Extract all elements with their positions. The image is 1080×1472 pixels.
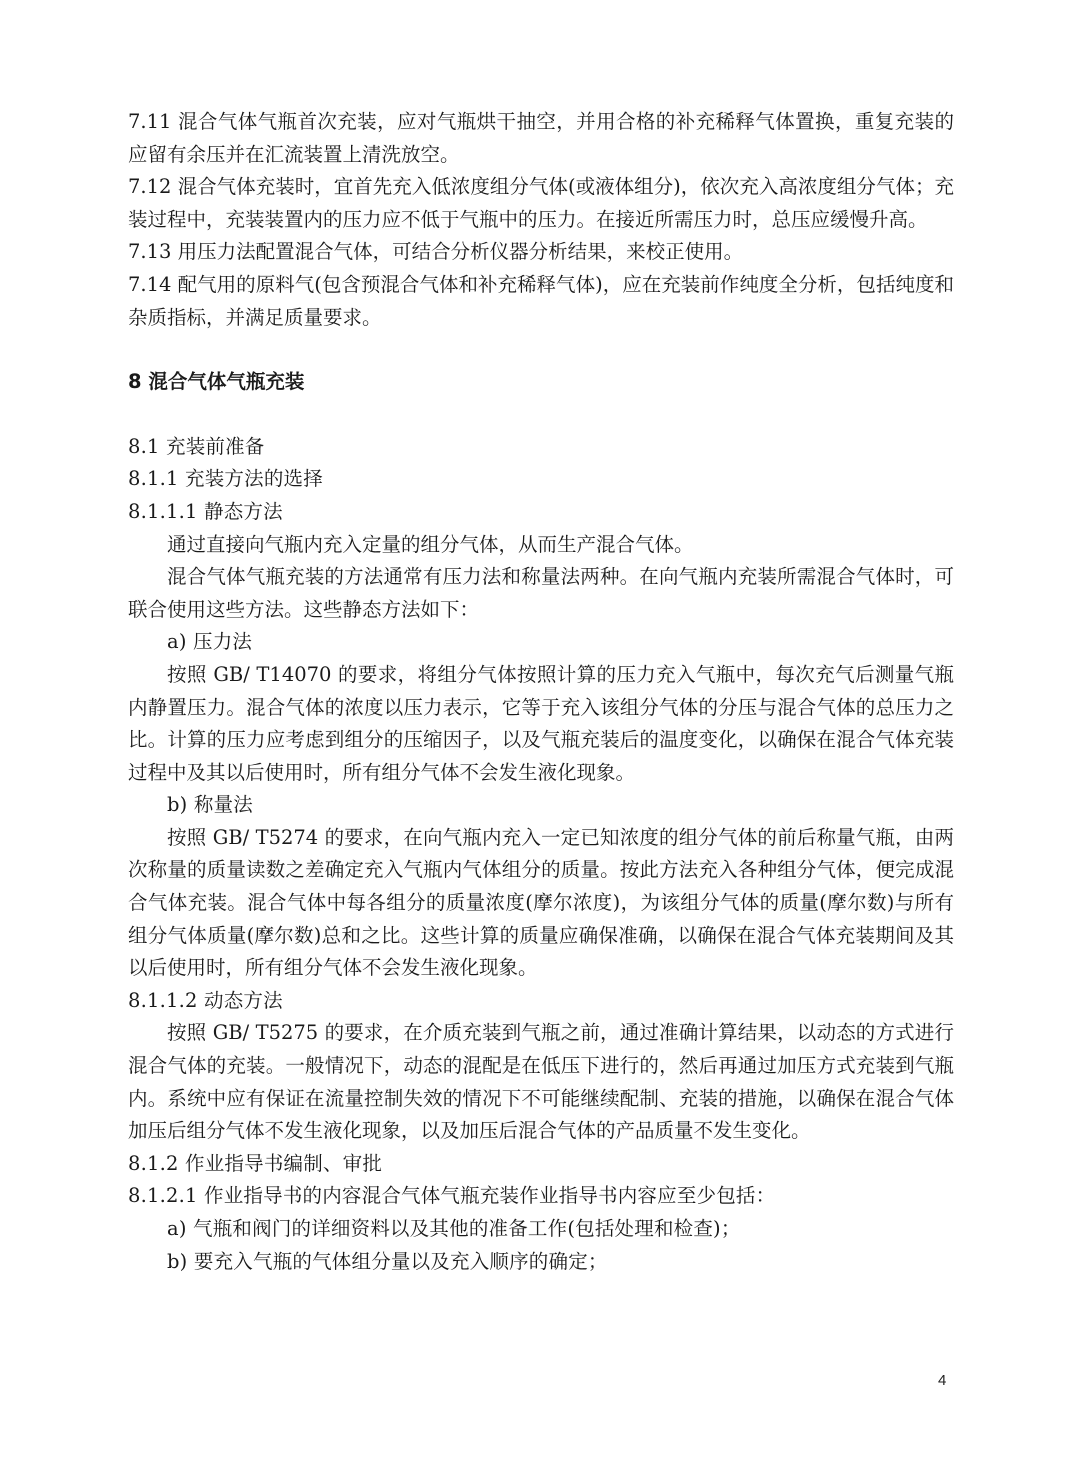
heading-8-1-2: 8.1.2 作业指导书编制、审批 bbox=[128, 1148, 954, 1181]
paragraph-7-12: 7.12 混合气体充装时，宜首先充入低浓度组分气体(或液体组分)，依次充入高浓度… bbox=[128, 171, 954, 236]
heading-8-1-2-1: 8.1.2.1 作业指导书的内容混合气体气瓶充装作业指导书内容应至少包括： bbox=[128, 1180, 954, 1213]
method-b-label: b) 称量法 bbox=[128, 789, 954, 822]
static-intro-paragraph: 通过直接向气瓶内充入定量的组分气体，从而生产混合气体。 bbox=[128, 529, 954, 562]
heading-8-1-1-2: 8.1.1.2 动态方法 bbox=[128, 985, 954, 1018]
paragraph-7-14: 7.14 配气用的原料气(包含预混合气体和补充稀释气体)，应在充装前作纯度全分析… bbox=[128, 269, 954, 334]
paragraph-7-11: 7.11 混合气体气瓶首次充装，应对气瓶烘干抽空，并用合格的补充稀释气体置换，重… bbox=[128, 106, 954, 171]
dynamic-method-paragraph: 按照 GB/ T5275 的要求，在介质充装到气瓶之前，通过准确计算结果，以动态… bbox=[128, 1017, 954, 1147]
page-number: 4 bbox=[938, 1372, 946, 1389]
method-b-paragraph: 按照 GB/ T5274 的要求，在向气瓶内充入一定已知浓度的组分气体的前后称量… bbox=[128, 822, 954, 985]
document-page: 7.11 混合气体气瓶首次充装，应对气瓶烘干抽空，并用合格的补充稀释气体置换，重… bbox=[128, 106, 954, 1278]
paragraph-7-13: 7.13 用压力法配置混合气体，可结合分析仪器分析结果，来校正使用。 bbox=[128, 236, 954, 269]
heading-8-1: 8.1 充装前准备 bbox=[128, 431, 954, 464]
heading-8-1-1: 8.1.1 充装方法的选择 bbox=[128, 463, 954, 496]
static-methods-paragraph: 混合气体气瓶充装的方法通常有压力法和称量法两种。在向气瓶内充装所需混合气体时，可… bbox=[128, 561, 954, 626]
method-a-paragraph: 按照 GB/ T14070 的要求，将组分气体按照计算的压力充入气瓶中，每次充气… bbox=[128, 659, 954, 789]
list-item-a: a) 气瓶和阀门的详细资料以及其他的准备工作(包括处理和检查)； bbox=[128, 1213, 954, 1246]
section-8-title: 8 混合气体气瓶充装 bbox=[128, 366, 954, 399]
list-item-b: b) 要充入气瓶的气体组分量以及充入顺序的确定； bbox=[128, 1246, 954, 1279]
heading-8-1-1-1: 8.1.1.1 静态方法 bbox=[128, 496, 954, 529]
method-a-label: a) 压力法 bbox=[128, 626, 954, 659]
